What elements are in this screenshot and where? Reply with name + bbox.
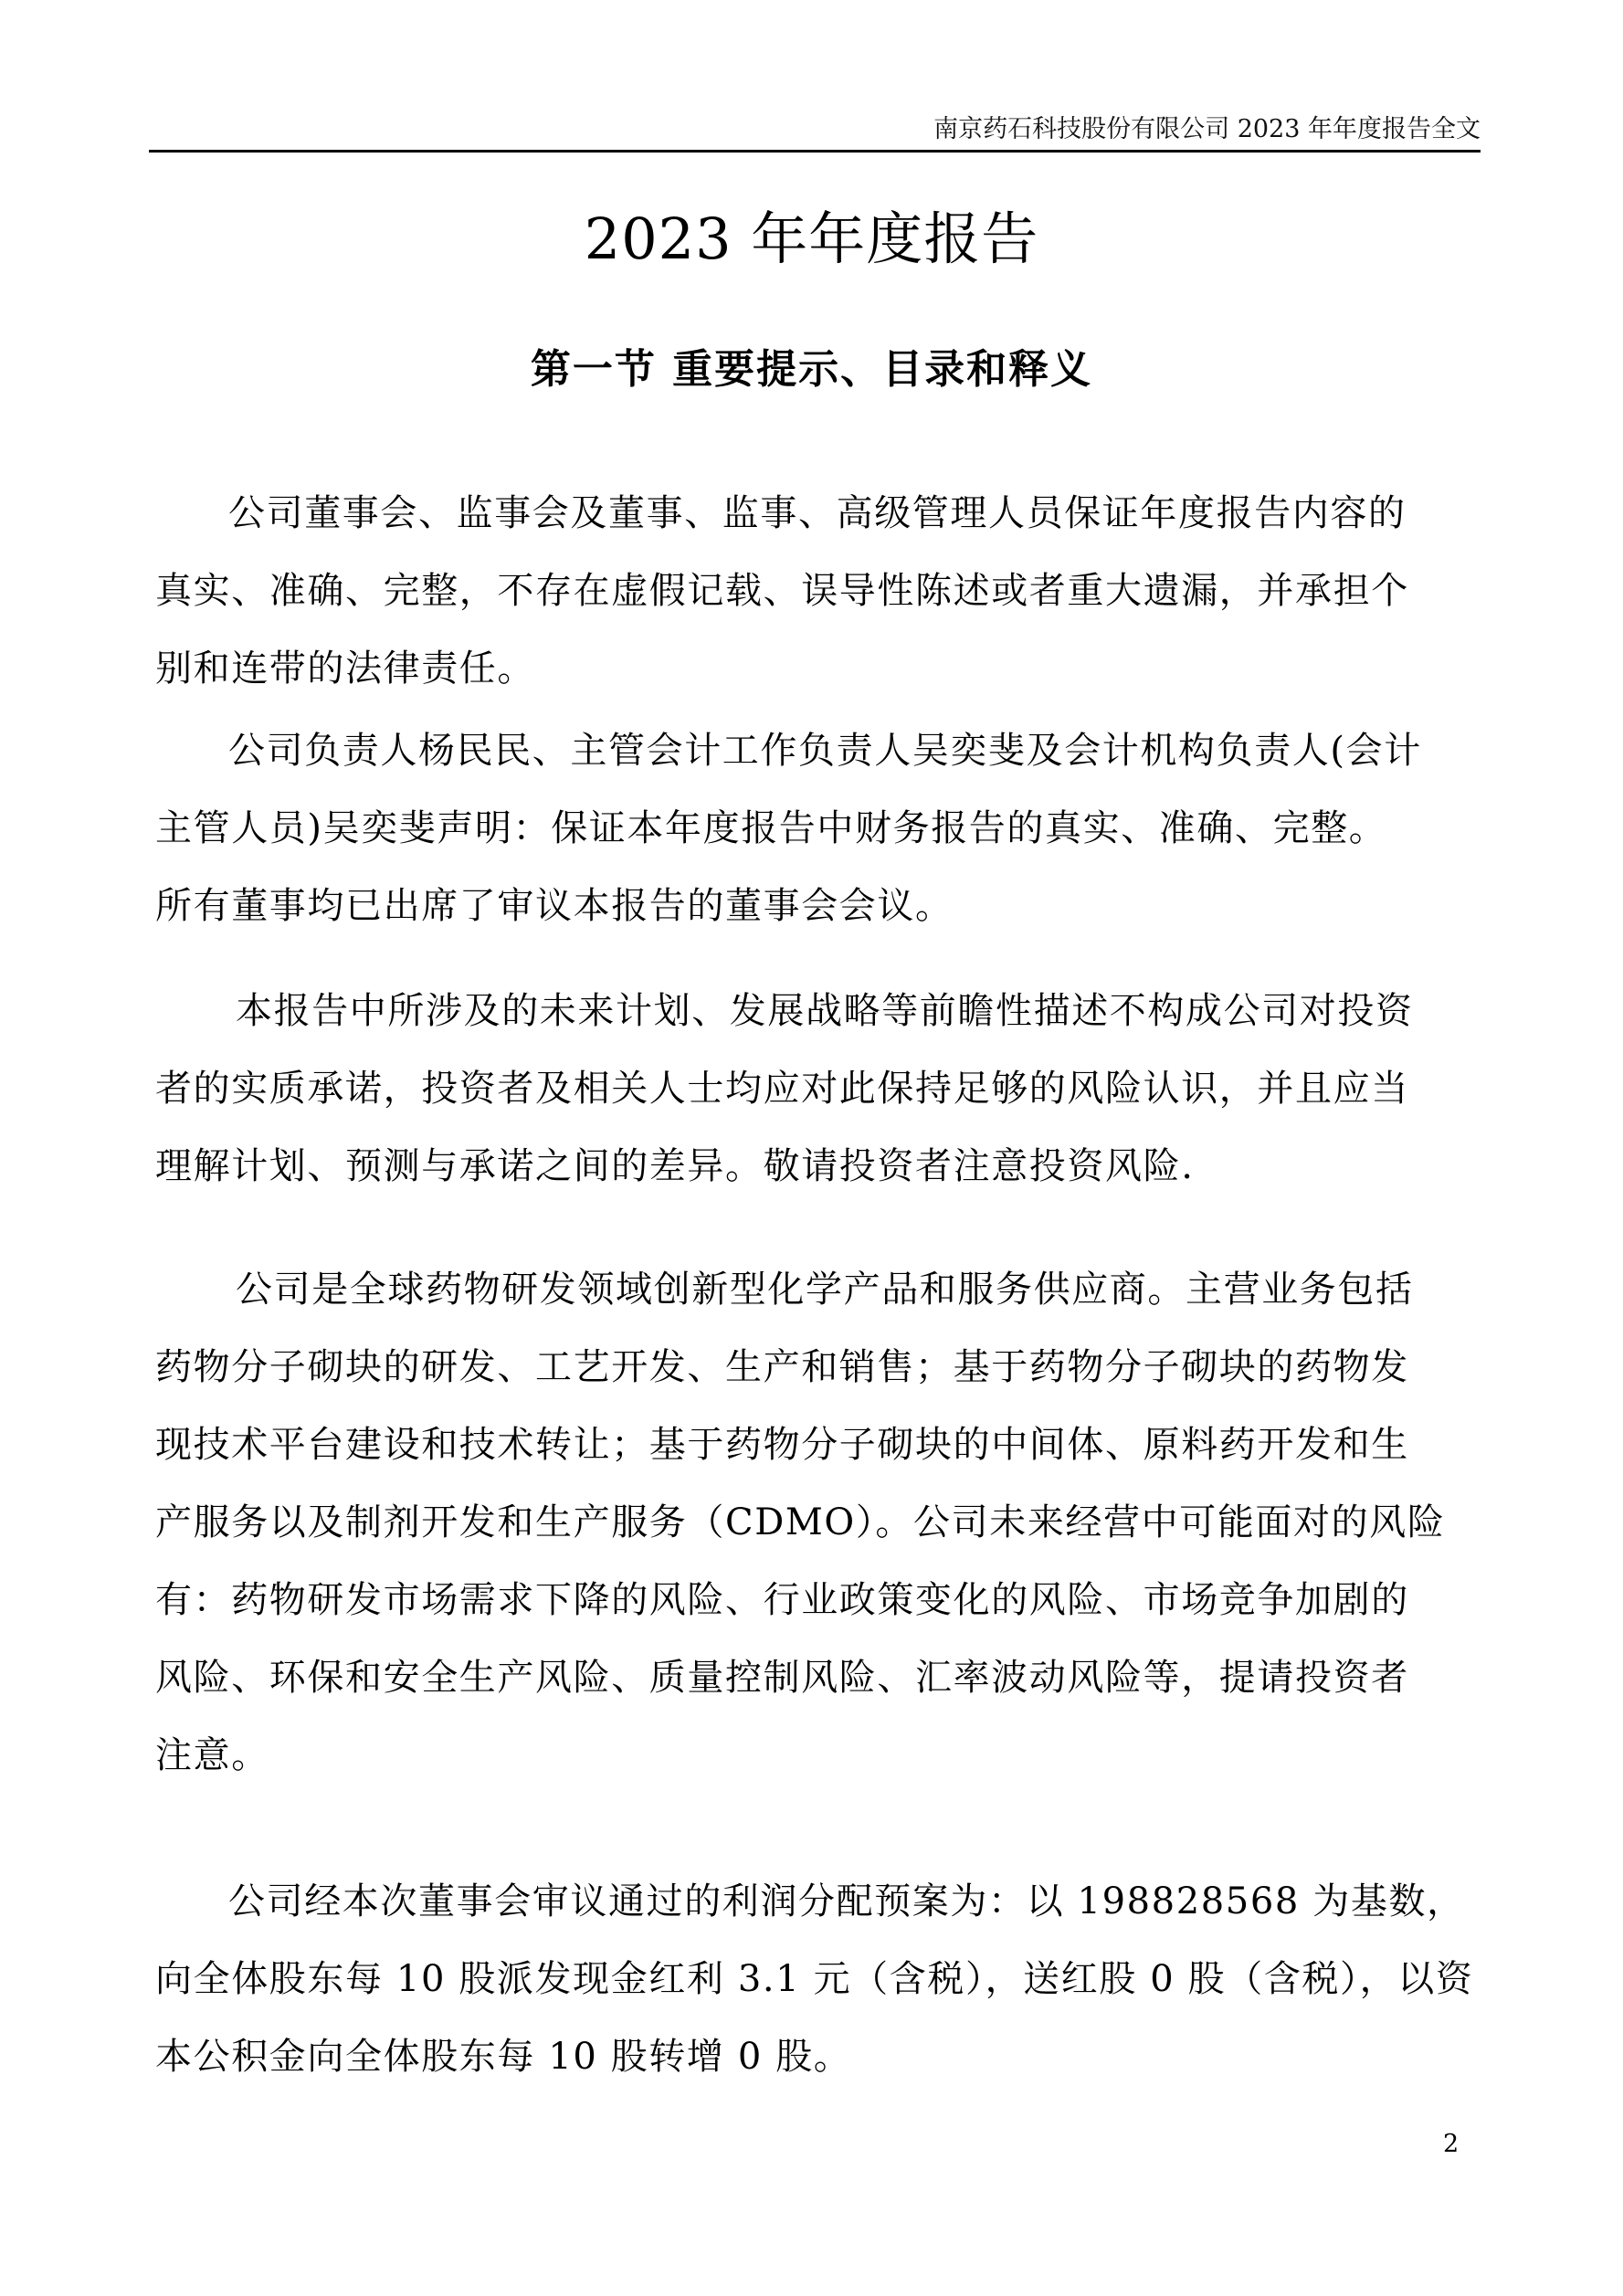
section-title: 第一节 重要提示、目录和释义 — [0, 342, 1623, 397]
paragraph-business-and-risks: 公司是全球药物研发领域创新型化学产品和服务供应商。主营业务包括 药物分子砌块的研… — [155, 1251, 1445, 1795]
paragraph-responsibility-statement: 公司董事会、监事会及董事、监事、高级管理人员保证年度报告内容的 真实、准确、完整… — [155, 475, 1409, 708]
paragraph-forward-looking-disclaimer: 本报告中所涉及的未来计划、发展战略等前瞻性描述不构成公司对投资 者的实质承诺，投… — [155, 973, 1414, 1206]
running-header: 南京药石科技股份有限公司 2023 年年度报告全文 — [149, 111, 1481, 152]
paragraph-line: 公司董事会、监事会及董事、监事、高级管理人员保证年度报告内容的 — [155, 475, 1409, 553]
document-page: 南京药石科技股份有限公司 2023 年年度报告全文 2023 年年度报告 第一节… — [0, 0, 1623, 2296]
paragraph-line: 现技术平台建设和技术转让；基于药物分子砌块的中间体、原料药开发和生 — [155, 1406, 1445, 1484]
paragraph-financial-statement-declaration: 公司负责人杨民民、主管会计工作负责人吴奕斐及会计机构负责人(会计 主管人员)吴奕… — [155, 712, 1422, 945]
paragraph-line: 产服务以及制剂开发和生产服务（CDMO）。公司未来经营中可能面对的风险 — [155, 1484, 1445, 1562]
paragraph-line: 药物分子砌块的研发、工艺开发、生产和销售；基于药物分子砌块的药物发 — [155, 1329, 1445, 1406]
header-divider — [149, 150, 1481, 153]
paragraph-line: 理解计划、预测与承诺之间的差异。敬请投资者注意投资风险. — [155, 1128, 1414, 1206]
paragraph-line: 者的实质承诺，投资者及相关人士均应对此保持足够的风险认识，并且应当 — [155, 1050, 1414, 1128]
paragraph-line: 主管人员)吴奕斐声明：保证本年度报告中财务报告的真实、准确、完整。 — [155, 790, 1422, 868]
paragraph-line: 公司经本次董事会审议通过的利润分配预案为：以 198828568 为基数， — [155, 1863, 1473, 1941]
paragraph-line: 别和连带的法律责任。 — [155, 630, 1409, 708]
paragraph-line: 向全体股东每 10 股派发现金红利 3.1 元（含税），送红股 0 股（含税），… — [155, 1941, 1473, 2018]
page-number: 2 — [1443, 2128, 1459, 2161]
paragraph-profit-distribution: 公司经本次董事会审议通过的利润分配预案为：以 198828568 为基数， 向全… — [155, 1863, 1473, 2096]
paragraph-line: 本报告中所涉及的未来计划、发展战略等前瞻性描述不构成公司对投资 — [155, 973, 1414, 1050]
paragraph-line: 公司负责人杨民民、主管会计工作负责人吴奕斐及会计机构负责人(会计 — [155, 712, 1422, 790]
paragraph-line: 所有董事均已出席了审议本报告的董事会会议。 — [155, 868, 1422, 945]
paragraph-line: 真实、准确、完整，不存在虚假记载、误导性陈述或者重大遗漏，并承担个 — [155, 553, 1409, 630]
report-title: 2023 年年度报告 — [0, 203, 1623, 276]
paragraph-line: 有：药物研发市场需求下降的风险、行业政策变化的风险、市场竞争加剧的 — [155, 1562, 1445, 1639]
paragraph-line: 本公积金向全体股东每 10 股转增 0 股。 — [155, 2018, 1473, 2096]
paragraph-line: 注意。 — [155, 1717, 1445, 1795]
paragraph-line: 风险、环保和安全生产风险、质量控制风险、汇率波动风险等，提请投资者 — [155, 1639, 1445, 1717]
paragraph-line: 公司是全球药物研发领域创新型化学产品和服务供应商。主营业务包括 — [155, 1251, 1445, 1329]
